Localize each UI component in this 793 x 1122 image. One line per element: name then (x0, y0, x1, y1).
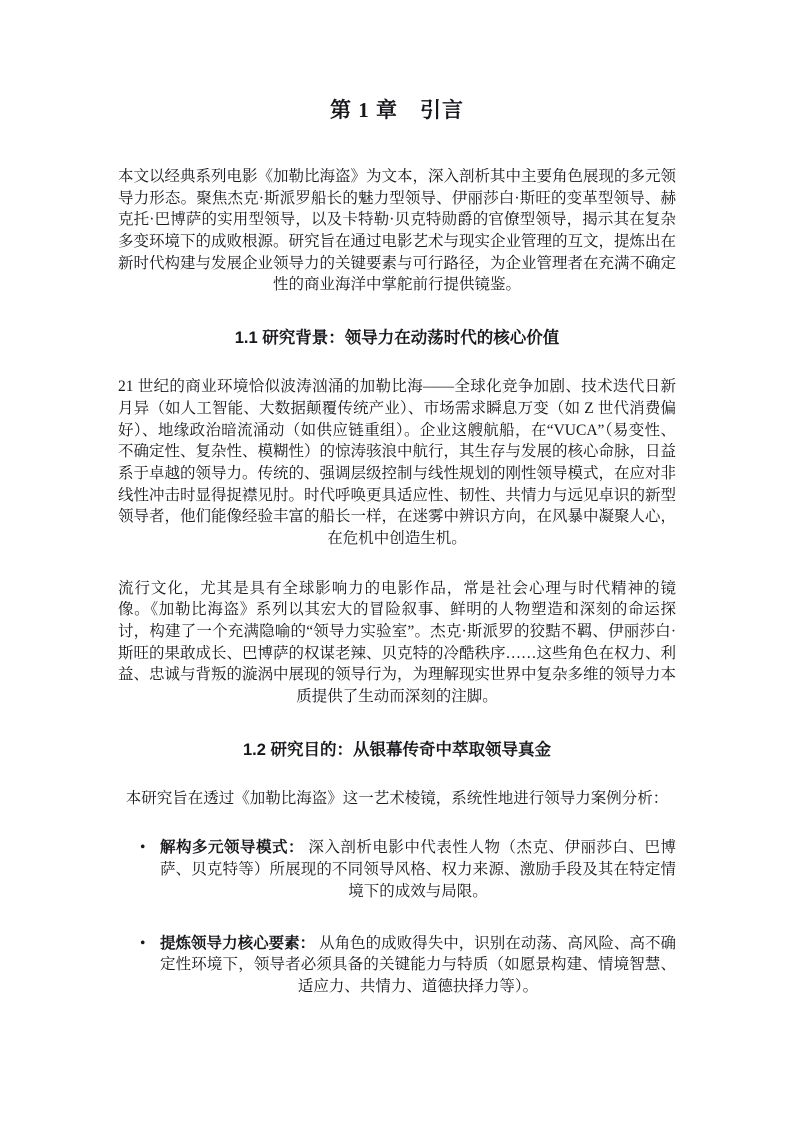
chapter-title: 第 1 章 引言 (118, 94, 676, 124)
section-1-1-heading: 1.1 研究背景：领导力在动荡时代的核心价值 (118, 324, 676, 348)
bullet-1-lead: 解构多元领导模式： (160, 839, 304, 856)
section-1-1-paragraph-1: 21 世纪的商业环境恰似波涛汹涌的加勒比海——全球化竞争加剧、技术迭代日新月异（… (118, 376, 676, 550)
section-1-1-paragraph-2: 流行文化，尤其是具有全球影响力的电影作品，常是社会心理与时代精神的镜像。《加勒比… (118, 578, 676, 708)
section-1-2-heading: 1.2 研究目的：从银幕传奇中萃取领导真金 (118, 736, 676, 760)
bullet-icon: • (140, 837, 145, 859)
list-item: •解构多元领导模式： 深入剖析电影中代表性人物（杰克、伊丽莎白、巴博萨、贝克特等… (118, 837, 676, 902)
bullet-2-lead: 提炼领导力核心要素： (160, 935, 315, 952)
document-page: 第 1 章 引言 本文以经典系列电影《加勒比海盗》为文本，深入剖析其中主要角色展… (0, 0, 793, 1122)
objectives-list: •解构多元领导模式： 深入剖析电影中代表性人物（杰克、伊丽莎白、巴博萨、贝克特等… (118, 837, 676, 997)
section-1-2-intro: 本研究旨在透过《加勒比海盗》这一艺术棱镜，系统性地进行领导力案例分析： (118, 788, 676, 810)
list-item: •提炼领导力核心要素： 从角色的成败得失中，识别在动荡、高风险、高不确定性环境下… (118, 933, 676, 998)
intro-paragraph: 本文以经典系列电影《加勒比海盗》为文本，深入剖析其中主要角色展现的多元领导力形态… (118, 166, 676, 296)
bullet-icon: • (140, 933, 145, 955)
